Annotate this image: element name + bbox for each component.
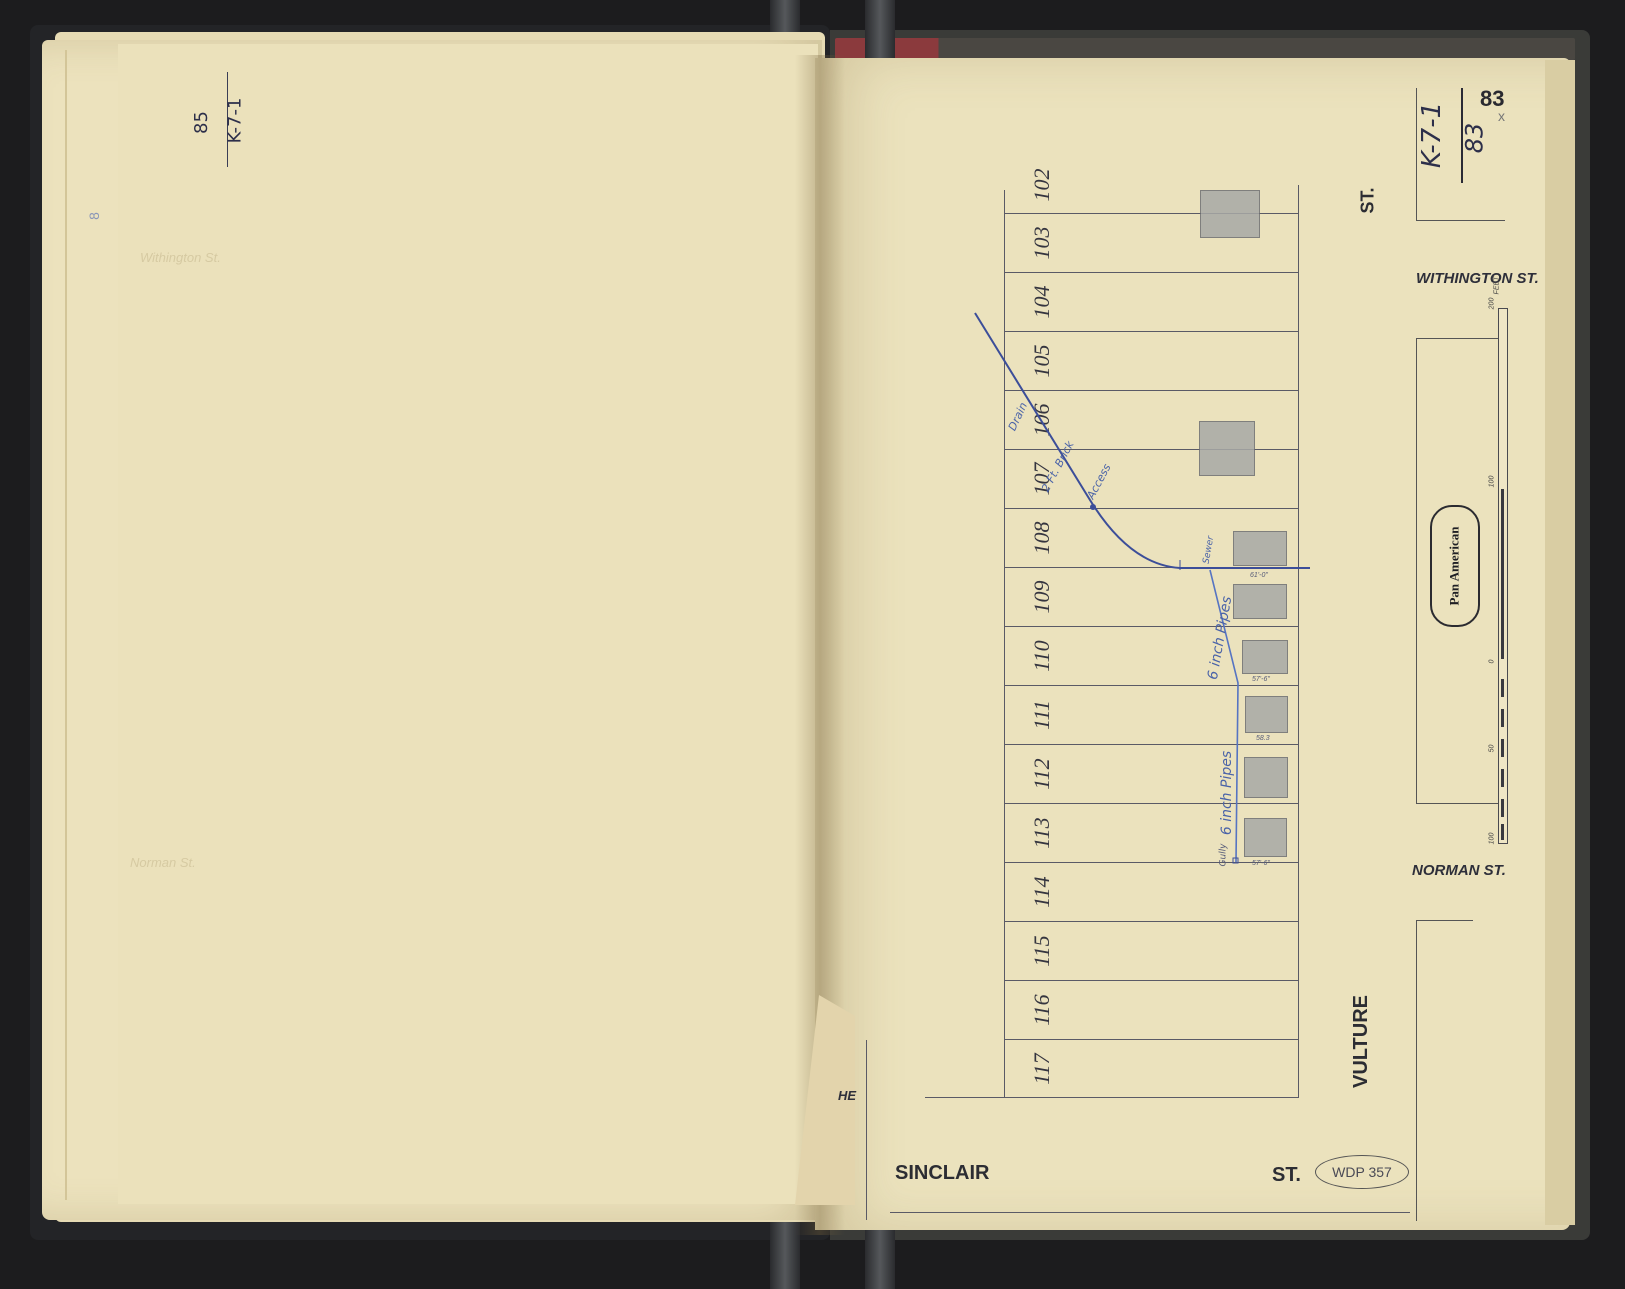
gully-note: Gully <box>1219 843 1229 866</box>
dimension-note: 58.3 <box>1256 735 1270 742</box>
street-name-norman: NORMAN ST. <box>1412 862 1506 879</box>
scale-label: 100 <box>1488 476 1495 488</box>
cartouche-text: Pan American <box>1447 526 1463 605</box>
drain-pipe-lines <box>0 0 1625 1289</box>
page-edge-line <box>866 1040 867 1220</box>
street-name-partial: HE <box>838 1088 856 1103</box>
street-suffix-top: ST. <box>1358 187 1379 213</box>
scale-label: 200 <box>1488 298 1495 310</box>
scale-bar <box>1498 308 1508 844</box>
street-name-sinclair: SINCLAIR <box>895 1162 989 1185</box>
page-bottom-line <box>890 1212 1410 1213</box>
adjacent-block-outline <box>1416 920 1473 1221</box>
pipes-lower-note: 6 inch Pipes <box>1219 751 1235 835</box>
archive-stamp: WDP 357 <box>1315 1155 1409 1189</box>
scale-unit: FEET <box>1493 277 1500 295</box>
street-name-vulture: VULTURE <box>1350 995 1373 1088</box>
street-suffix-sinclair: ST. <box>1272 1164 1301 1187</box>
archive-stamp-text: WDP 357 <box>1332 1164 1392 1180</box>
publisher-cartouche: Pan American <box>1430 505 1480 627</box>
scale-label: 50 <box>1488 745 1495 753</box>
street-name-withington: WITHINGTON ST. <box>1416 270 1539 287</box>
scale-label: 100 <box>1488 833 1495 845</box>
scale-label: 0 <box>1488 660 1495 664</box>
dimension-note: 57'-6" <box>1252 860 1270 867</box>
dimension-note: 57'-6" <box>1252 676 1270 683</box>
dimension-note: 61'-0" <box>1250 572 1268 579</box>
